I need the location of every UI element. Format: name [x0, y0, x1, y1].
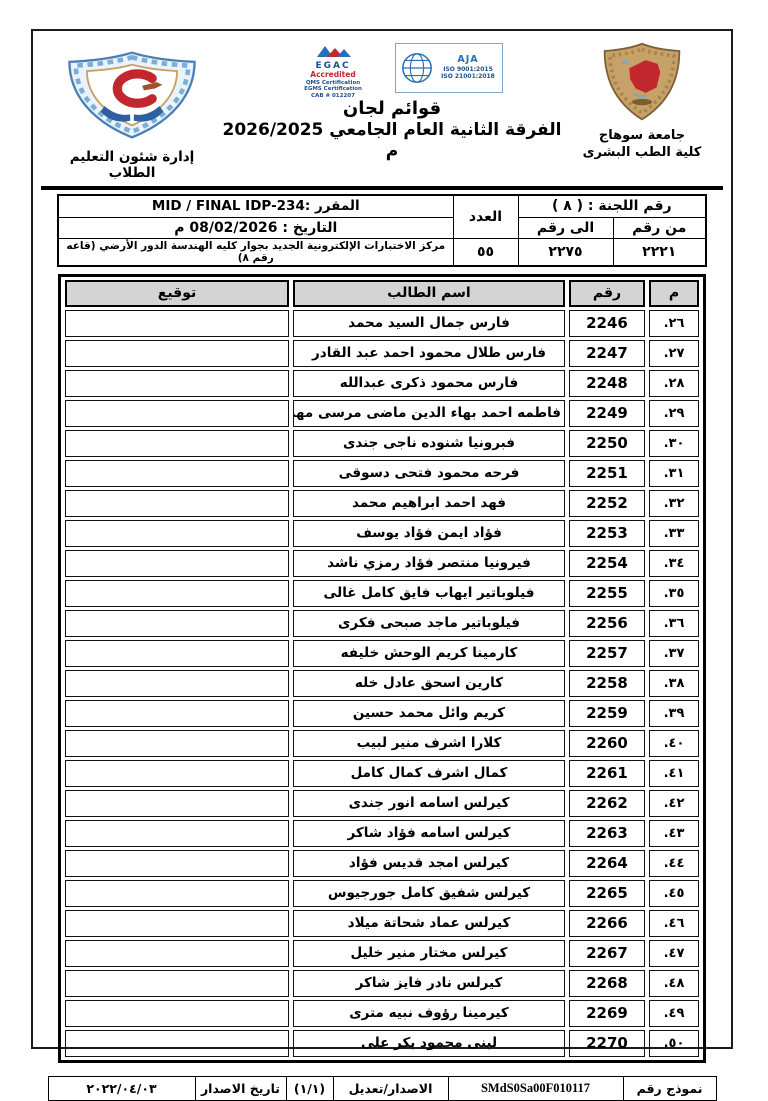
revision-value: (١/١) — [286, 1076, 333, 1100]
student-row: ٤٢. 2262 كيرلس اسامه انور جندى — [65, 790, 699, 817]
student-name: كيرلس امجد قديس فؤاد — [293, 850, 565, 877]
student-row: ٣٢. 2252 فهد احمد ابراهيم محمد — [65, 490, 699, 517]
student-serial: ٣٧. — [649, 640, 699, 667]
student-serial: ٤١. — [649, 760, 699, 787]
student-serial: ٤٧. — [649, 940, 699, 967]
signature-cell — [65, 580, 289, 607]
student-serial: ٣٨. — [649, 670, 699, 697]
student-name: كيرلس عماد شحاتة ميلاد — [293, 910, 565, 937]
student-serial: ٤٥. — [649, 880, 699, 907]
student-name: فيلوباتير ايهاب فايق كامل غالى — [293, 580, 565, 607]
header-center: EGAC Accredited QMS Certification EGMS C… — [217, 41, 567, 162]
student-serial: ٤٨. — [649, 970, 699, 997]
student-row: ٥٠. 2270 لبنى محمود بكر على — [65, 1030, 699, 1057]
student-seat-number: 2265 — [569, 880, 645, 907]
student-name: كيرلس اسامه انور جندى — [293, 790, 565, 817]
egac-cert-line: QMS Certification — [281, 80, 385, 87]
student-seat-number: 2251 — [569, 460, 645, 487]
aja-globe-icon — [400, 51, 434, 85]
student-seat-number: 2247 — [569, 340, 645, 367]
signature-cell — [65, 460, 289, 487]
student-serial: ٣٥. — [649, 580, 699, 607]
student-name: كيرلس نادر فايز شاكر — [293, 970, 565, 997]
page-title: قوائم لجان — [217, 98, 567, 120]
student-row: ٣٥. 2255 فيلوباتير ايهاب فايق كامل غالى — [65, 580, 699, 607]
aja-accreditation-badge: AJA ISO 9001:2015 ISO 21001:2018 — [395, 43, 503, 93]
student-seat-number: 2261 — [569, 760, 645, 787]
student-name: كيرلس اسامه فؤاد شاكر — [293, 820, 565, 847]
count-label: العدد — [453, 195, 518, 238]
student-seat-number: 2246 — [569, 310, 645, 337]
aja-iso-line: ISO 9001:2015 — [438, 66, 498, 74]
university-block: جامعة سوهاج كلية الطب البشرى — [567, 41, 717, 162]
sohag-university-logo-icon — [596, 108, 688, 127]
student-serial: ٣١. — [649, 460, 699, 487]
signature-cell — [65, 430, 289, 457]
student-serial: ٣٠. — [649, 430, 699, 457]
student-row: ٢٦. 2246 فارس جمال السيد محمد — [65, 310, 699, 337]
student-seat-number: 2256 — [569, 610, 645, 637]
student-serial: ٣٢. — [649, 490, 699, 517]
department-name: إدارة شئون التعليم الطلاب — [47, 149, 217, 181]
form-code: SMdS0Sa00F010117 — [448, 1076, 623, 1100]
issue-date-label: تاريخ الاصدار — [195, 1076, 286, 1100]
student-serial: ٢٩. — [649, 400, 699, 427]
accreditation-badges: EGAC Accredited QMS Certification EGMS C… — [217, 43, 567, 93]
egac-accreditation-badge: EGAC Accredited QMS Certification EGMS C… — [281, 43, 385, 93]
student-row: ٢٧. 2247 فارس طلال محمود احمد عبد القادر — [65, 340, 699, 367]
student-row: ٢٨. 2248 فارس محمود ذكرى عبدالله — [65, 370, 699, 397]
student-name: فيرونيا منتصر فؤاد رمزي ناشد — [293, 550, 565, 577]
student-row: ٣٣. 2253 فؤاد ايمن فؤاد يوسف — [65, 520, 699, 547]
student-row: ٣٩. 2259 كريم وائل محمد حسين — [65, 700, 699, 727]
document-header: جامعة سوهاج كلية الطب البشرى EGAC Accred… — [33, 31, 731, 181]
student-seat-number: 2250 — [569, 430, 645, 457]
signature-cell — [65, 970, 289, 997]
student-serial: ٤٢. — [649, 790, 699, 817]
from-number-value: ٢٢٢١ — [613, 238, 706, 266]
student-name: فارس جمال السيد محمد — [293, 310, 565, 337]
header-divider — [41, 186, 723, 190]
number-column-header: رقم — [569, 280, 645, 307]
signature-cell — [65, 940, 289, 967]
scanned-exam-committee-document: { "document": { "university": { "name": … — [0, 0, 768, 1086]
student-seat-number: 2253 — [569, 520, 645, 547]
student-seat-number: 2254 — [569, 550, 645, 577]
signature-cell — [65, 670, 289, 697]
signature-cell — [65, 310, 289, 337]
student-seat-number: 2260 — [569, 730, 645, 757]
committee-number: رقم اللجنة : ( ٨ ) — [518, 195, 706, 217]
from-number-label: من رقم — [613, 217, 706, 238]
student-name: كيرلس مختار منير خليل — [293, 940, 565, 967]
students-table: م رقم اسم الطالب توقيع ٢٦. 2246 فارس جما… — [58, 274, 706, 1063]
serial-column-header: م — [649, 280, 699, 307]
student-seat-number: 2257 — [569, 640, 645, 667]
signature-cell — [65, 640, 289, 667]
student-name: كلارا اشرف منير لبيب — [293, 730, 565, 757]
signature-cell — [65, 1000, 289, 1027]
student-serial: ٣٩. — [649, 700, 699, 727]
egac-cert-line: EGMS Certification — [281, 86, 385, 93]
student-affairs-block: إدارة شئون التعليم الطلاب — [47, 41, 217, 181]
student-row: ٤٤. 2264 كيرلس امجد قديس فؤاد — [65, 850, 699, 877]
student-seat-number: 2255 — [569, 580, 645, 607]
student-name: فبرونيا شنوده ناجى جندى — [293, 430, 565, 457]
signature-cell — [65, 340, 289, 367]
exam-location: مركز الاختبارات الإلكترونية الجديد بجوار… — [58, 238, 453, 266]
signature-cell — [65, 760, 289, 787]
student-seat-number: 2252 — [569, 490, 645, 517]
student-serial: ٢٧. — [649, 340, 699, 367]
student-seat-number: 2262 — [569, 790, 645, 817]
student-serial: ٤٠. — [649, 730, 699, 757]
student-name: فيلوباتير ماجد صبحى فكرى — [293, 610, 565, 637]
student-row: ٤٨. 2268 كيرلس نادر فايز شاكر — [65, 970, 699, 997]
student-row: ٣٨. 2258 كارين اسحق عادل خله — [65, 670, 699, 697]
student-serial: ٣٤. — [649, 550, 699, 577]
student-serial: ٣٣. — [649, 520, 699, 547]
student-name: فاطمه احمد بهاء الدين ماضى مرسى مهران — [293, 400, 565, 427]
signature-cell — [65, 610, 289, 637]
student-serial: ٤٦. — [649, 910, 699, 937]
course-field: المقرر :MID / FINAL IDP-234 — [58, 195, 453, 217]
student-name: فارس طلال محمود احمد عبد القادر — [293, 340, 565, 367]
student-row: ٤٠. 2260 كلارا اشرف منير لبيب — [65, 730, 699, 757]
student-row: ٣٧. 2257 كارمينا كريم الوحش خليفه — [65, 640, 699, 667]
signature-cell — [65, 1030, 289, 1057]
student-row: ٤٣. 2263 كيرلس اسامه فؤاد شاكر — [65, 820, 699, 847]
student-name: فؤاد ايمن فؤاد يوسف — [293, 520, 565, 547]
signature-cell — [65, 490, 289, 517]
student-seat-number: 2269 — [569, 1000, 645, 1027]
student-seat-number: 2249 — [569, 400, 645, 427]
student-serial: ٤٩. — [649, 1000, 699, 1027]
student-name: فرحه محمود فتحى دسوقى — [293, 460, 565, 487]
aja-org-name: AJA — [438, 55, 498, 65]
student-row: ٤٦. 2266 كيرلس عماد شحاتة ميلاد — [65, 910, 699, 937]
student-row: ٤٥. 2265 كيرلس شفيق كامل جورجيوس — [65, 880, 699, 907]
student-name: كيرلس شفيق كامل جورجيوس — [293, 880, 565, 907]
signature-cell — [65, 880, 289, 907]
student-name: فهد احمد ابراهيم محمد — [293, 490, 565, 517]
signature-cell — [65, 790, 289, 817]
count-value: ٥٥ — [453, 238, 518, 266]
student-seat-number: 2258 — [569, 670, 645, 697]
page-subtitle: الفرقة الثانية العام الجامعي 2026/2025 م — [217, 120, 567, 163]
signature-cell — [65, 730, 289, 757]
student-name: لبنى محمود بكر على — [293, 1030, 565, 1057]
student-seat-number: 2259 — [569, 700, 645, 727]
student-seat-number: 2266 — [569, 910, 645, 937]
exam-date-field: التاريخ : 08/02/2026 م — [58, 217, 453, 238]
issue-date-value: ٢٠٢٢/٠٤/٠٣ — [48, 1076, 195, 1100]
student-row: ٣٤. 2254 فيرونيا منتصر فؤاد رمزي ناشد — [65, 550, 699, 577]
student-name: كيرمينا رؤوف نبيه مترى — [293, 1000, 565, 1027]
to-number-label: الى رقم — [518, 217, 613, 238]
student-serial: ٤٣. — [649, 820, 699, 847]
student-serial: ٢٨. — [649, 370, 699, 397]
signature-cell — [65, 850, 289, 877]
signature-cell — [65, 700, 289, 727]
egac-status: Accredited — [281, 71, 385, 80]
signature-cell — [65, 520, 289, 547]
student-serial: ٢٦. — [649, 310, 699, 337]
student-seat-number: 2268 — [569, 970, 645, 997]
student-affairs-logo-icon — [63, 126, 201, 145]
student-serial: ٣٦. — [649, 610, 699, 637]
student-seat-number: 2248 — [569, 370, 645, 397]
student-row: ٣١. 2251 فرحه محمود فتحى دسوقى — [65, 460, 699, 487]
student-name: كمال اشرف كمال كامل — [293, 760, 565, 787]
to-number-value: ٢٢٧٥ — [518, 238, 613, 266]
document-page: جامعة سوهاج كلية الطب البشرى EGAC Accred… — [31, 29, 733, 1049]
signature-cell — [65, 370, 289, 397]
signature-cell — [65, 550, 289, 577]
form-footer-table: نموذج رقم SMdS0Sa00F010117 الاصدار/تعديل… — [48, 1076, 717, 1101]
student-row: ٢٩. 2249 فاطمه احمد بهاء الدين ماضى مرسى… — [65, 400, 699, 427]
name-column-header: اسم الطالب — [293, 280, 565, 307]
form-number-label: نموذج رقم — [623, 1076, 716, 1100]
student-name: كريم وائل محمد حسين — [293, 700, 565, 727]
student-row: ٤١. 2261 كمال اشرف كمال كامل — [65, 760, 699, 787]
university-name: جامعة سوهاج كلية الطب البشرى — [567, 128, 717, 162]
student-row: ٣٠. 2250 فبرونيا شنوده ناجى جندى — [65, 430, 699, 457]
student-name: فارس محمود ذكرى عبدالله — [293, 370, 565, 397]
aja-iso-line: ISO 21001:2018 — [438, 73, 498, 81]
student-seat-number: 2263 — [569, 820, 645, 847]
signature-column-header: توقيع — [65, 280, 289, 307]
student-serial: ٥٠. — [649, 1030, 699, 1057]
revision-label: الاصدار/تعديل — [333, 1076, 448, 1100]
students-table-header-row: م رقم اسم الطالب توقيع — [65, 280, 699, 307]
signature-cell — [65, 910, 289, 937]
student-name: كارمينا كريم الوحش خليفه — [293, 640, 565, 667]
student-name: كارين اسحق عادل خله — [293, 670, 565, 697]
student-seat-number: 2267 — [569, 940, 645, 967]
committee-info-table: رقم اللجنة : ( ٨ ) العدد المقرر :MID / F… — [57, 194, 707, 267]
signature-cell — [65, 820, 289, 847]
student-row: ٣٦. 2256 فيلوباتير ماجد صبحى فكرى — [65, 610, 699, 637]
student-row: ٤٧. 2267 كيرلس مختار منير خليل — [65, 940, 699, 967]
student-serial: ٤٤. — [649, 850, 699, 877]
student-row: ٤٩. 2269 كيرمينا رؤوف نبيه مترى — [65, 1000, 699, 1027]
student-seat-number: 2264 — [569, 850, 645, 877]
signature-cell — [65, 400, 289, 427]
student-seat-number: 2270 — [569, 1030, 645, 1057]
egac-logo-icon — [311, 45, 355, 58]
